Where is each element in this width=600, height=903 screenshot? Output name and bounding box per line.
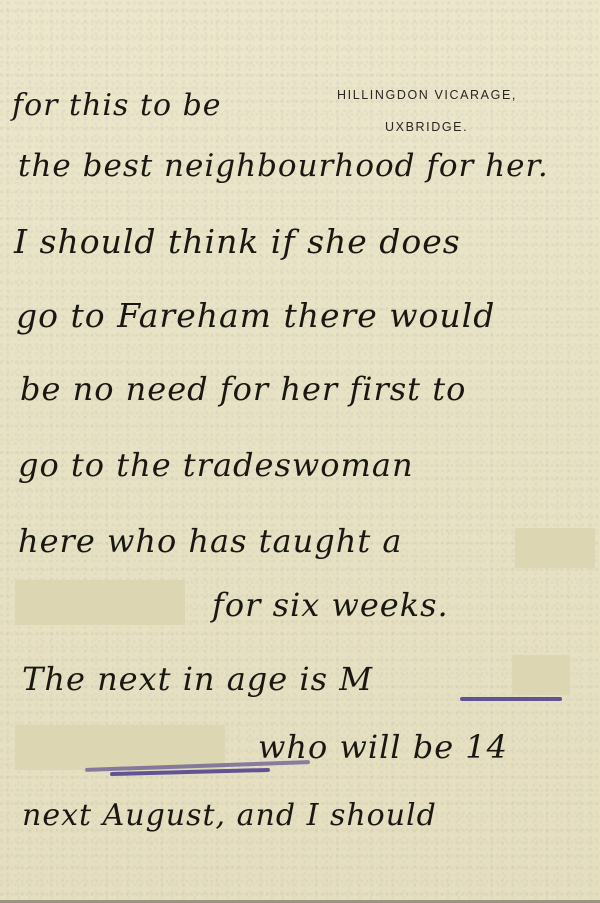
purple-pencil-underline <box>460 697 562 701</box>
letterhead-address-line2: UXBRIDGE. <box>385 120 468 134</box>
redaction-box <box>515 528 595 568</box>
handwritten-line-4: go to Fareham there would <box>16 296 495 335</box>
handwritten-line-9: The next in age is M <box>22 660 373 698</box>
handwritten-line-8: for six weeks. <box>212 586 449 624</box>
redaction-box <box>15 580 185 625</box>
letter-page: HILLINGDON VICARAGE, UXBRIDGE. for this … <box>0 0 600 903</box>
handwritten-line-3: I should think if she does <box>14 222 461 261</box>
handwritten-line-1: for this to be <box>12 88 222 123</box>
letterhead-address-line1: HILLINGDON VICARAGE, <box>337 88 517 102</box>
handwritten-line-5: be no need for her first to <box>20 370 466 408</box>
handwritten-line-2: the best neighbourhood for her. <box>18 148 549 184</box>
handwritten-line-7: here who has taught a <box>18 522 402 560</box>
handwritten-line-11: next August, and I should <box>22 798 437 833</box>
redaction-box <box>512 655 570 695</box>
handwritten-line-6: go to the tradeswoman <box>18 446 414 484</box>
